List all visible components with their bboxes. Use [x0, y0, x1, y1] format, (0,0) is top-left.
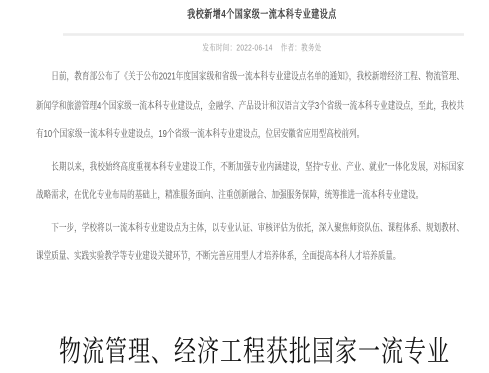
article-meta: 发布时间：2022-06-14 作者：教务处 — [35, 41, 489, 53]
news-article-page: 我校新增4个国家级一流本科专业建设点 发布时间：2022-06-14 作者：教务… — [0, 0, 489, 373]
paragraph-2: 长期以来，我校始终高度重视本科专业建设工作，不断加强专业内涵建设，坚持“专业、产… — [36, 152, 464, 209]
author-label: 作者： — [281, 44, 301, 53]
title-divider — [63, 33, 464, 36]
author: 作者：教务处 — [281, 44, 322, 53]
publish-time-label: 发布时间： — [202, 44, 236, 53]
paragraph-3: 下一步，学校将以一流本科专业建设点为主体，以专业认证、审核评估为依托，深入聚焦师… — [36, 213, 464, 270]
publish-time: 发布时间：2022-06-14 — [202, 44, 272, 53]
article-body: 日前，教育部公布了《关于公布2021年度国家级和省级一流本科专业建设点名单的通知… — [36, 62, 464, 274]
author-value: 教务处 — [301, 44, 321, 53]
article-title: 我校新增4个国家级一流本科专业建设点 — [35, 7, 489, 22]
bottom-headline: 物流管理、经济工程获批国家一流专业 — [0, 329, 489, 370]
publish-time-value: 2022-06-14 — [236, 44, 272, 53]
paragraph-1: 日前，教育部公布了《关于公布2021年度国家级和省级一流本科专业建设点名单的通知… — [36, 62, 464, 148]
article-content: 我校新增4个国家级一流本科专业建设点 发布时间：2022-06-14 作者：教务… — [0, 0, 489, 373]
